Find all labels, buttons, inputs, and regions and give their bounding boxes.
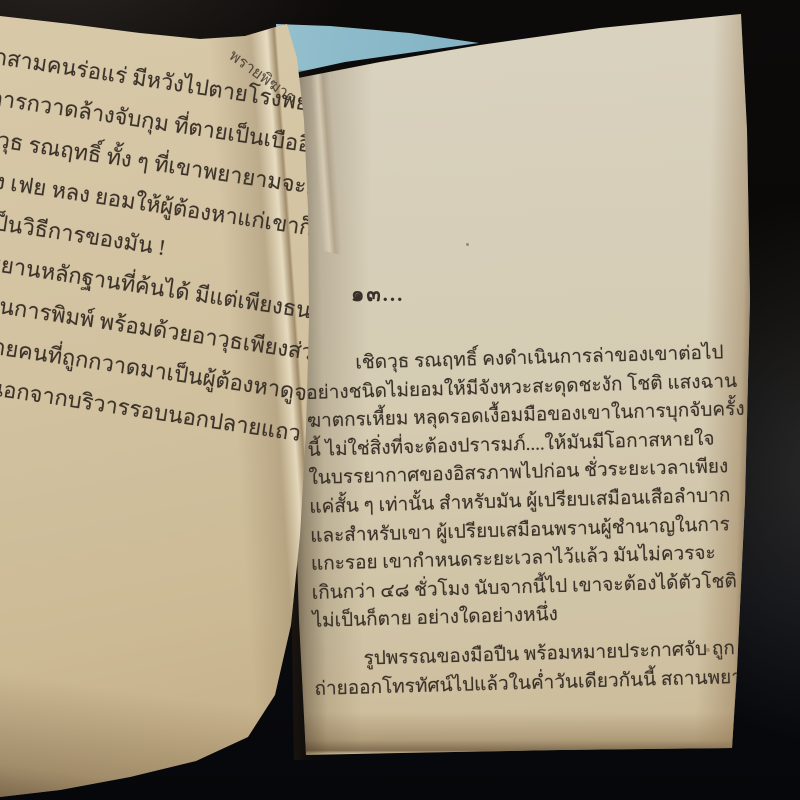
- book-photo-scene: ๑๓... เชิดวุธ รณฤทธิ์ คงดำเนินการล่าของเ…: [0, 0, 800, 800]
- right-page-text: เชิดวุธ รณฤทธิ์ คงดำเนินการล่าของเขาต่อไ…: [305, 340, 717, 704]
- chapter-number: ๑๓...: [351, 278, 404, 311]
- paper-stain: [466, 243, 469, 246]
- paragraph: เชิดวุธ รณฤทธิ์ คงดำเนินการล่าของเขาต่อไ…: [305, 340, 715, 637]
- paragraph: รูปพรรณของมือปืน พร้อมหมายประกาศจับ ถูก …: [313, 636, 716, 704]
- paper-stain: [706, 648, 710, 652]
